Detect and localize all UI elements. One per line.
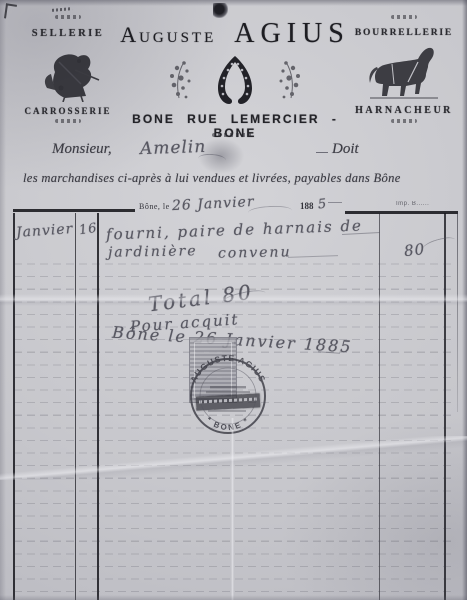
- saddle-icon: [35, 44, 101, 102]
- svg-text:AUGUSTE AGIUS: AUGUSTE AGIUS: [188, 353, 268, 384]
- carrosserie-label: CARROSSERIE: [24, 106, 111, 116]
- horseshoe-emblem-icon: [214, 54, 256, 106]
- business-first-name: Auguste: [120, 22, 216, 47]
- fold-vertical: [231, 418, 234, 600]
- handwritten-year-digit: 5: [317, 197, 328, 213]
- ornament-icon: [212, 133, 254, 137]
- ornament-icon: [55, 119, 81, 123]
- printed-year: 188: [300, 201, 314, 211]
- scan-edge-bottom: [0, 595, 467, 600]
- place-date-label: Bône, le: [139, 202, 170, 211]
- handwritten-date: 26 Janvier: [172, 194, 255, 214]
- header-left: SELLERIE CARROSSERIE: [16, 12, 120, 126]
- terms-line: les marchandises ci-après à lui vendues …: [23, 171, 455, 186]
- entry-day: 16: [78, 221, 98, 238]
- table-border-right: [457, 212, 458, 412]
- crease-horizontal: [0, 294, 467, 306]
- stamp-arc-top-text: AUGUSTE AGIUS: [188, 353, 268, 384]
- emblem-row: [110, 54, 360, 106]
- floral-sprig-icon: [276, 58, 306, 102]
- lead-dash: [316, 152, 328, 153]
- invoice-document: SELLERIE CARROSSERIE Auguste AGIUS: [0, 0, 467, 600]
- doit-label: Doit: [332, 141, 359, 158]
- header-right: BOURRELLERIE HARNACHEUR: [348, 12, 460, 126]
- top-rule-left: [13, 209, 135, 212]
- top-rule-right: [345, 211, 458, 214]
- sellerie-label: SELLERIE: [32, 28, 105, 39]
- ink-blot: [213, 3, 228, 18]
- merchant-round-stamp: AUGUSTE AGIUS * BONE *: [184, 352, 272, 440]
- bourrellerie-label: BOURRELLERIE: [355, 28, 453, 38]
- printer-imprint: Imp. B......: [396, 201, 429, 207]
- customer-name-handwriting: Amelin: [140, 137, 207, 159]
- business-name: Auguste AGIUS: [110, 18, 360, 50]
- ornament-icon: [391, 119, 417, 123]
- scan-edge-top: [0, 0, 467, 6]
- business-last-name: AGIUS: [234, 18, 350, 49]
- ornament-icon: [55, 15, 81, 19]
- monsieur-label: Monsieur,: [52, 141, 112, 158]
- harnacheur-label: HARNACHEUR: [355, 105, 453, 116]
- flourish: [328, 202, 342, 203]
- horse-icon: [364, 42, 444, 102]
- entry-description-line2a: jardinière: [108, 243, 198, 261]
- entry-description-line2b: convenu: [218, 244, 292, 261]
- stamp-inner-text-lines: [206, 386, 250, 412]
- ornament-icon: [391, 15, 417, 19]
- entry-month: Janvier: [16, 221, 74, 241]
- entry-description-line1: fourni, paire de harnais de: [106, 217, 363, 244]
- floral-sprig-icon: [164, 58, 194, 102]
